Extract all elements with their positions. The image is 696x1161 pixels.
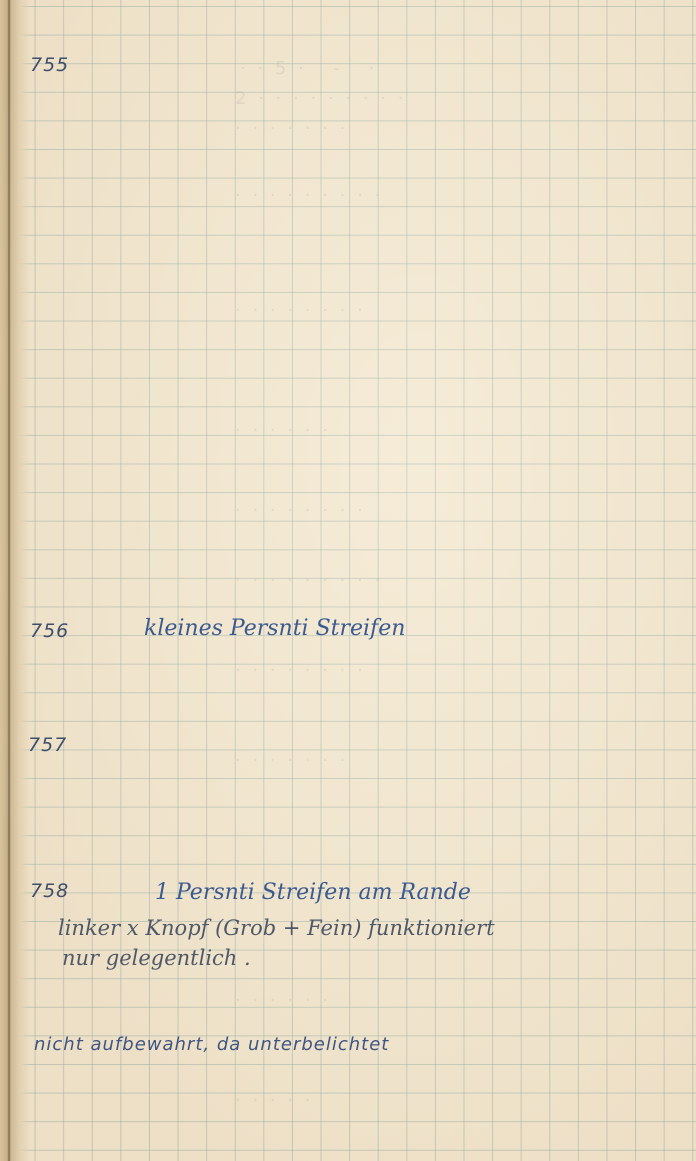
entry-number-758: 758 [30, 880, 69, 902]
entry-number-755: 755 [30, 54, 69, 76]
entry-758-note-line-2: linker x Knopf (Grob + Fein) funktionier… [58, 916, 495, 940]
show-through-text: · · · · · · · · [235, 660, 366, 681]
show-through-text: · · · · · · [235, 990, 331, 1011]
show-through-text: · · · · · · · · · [235, 185, 383, 206]
footer-note: nicht aufbewahrt, da unterbelichtet [34, 1034, 389, 1055]
page-binding-edge [0, 0, 30, 1161]
show-through-text: · · · · · · [235, 420, 331, 441]
show-through-text: · · · · · · · [235, 750, 348, 771]
notebook-page: · · 5 · - · 2 · · · · · · · · · · · · · … [0, 0, 696, 1161]
entry-758-note-line-1: 1 Persnti Streifen am Rande [155, 880, 471, 905]
show-through-text: · · · · · · · · [235, 300, 366, 321]
show-through-text: · · 5 · - · [240, 58, 377, 79]
binding-fold-line [8, 0, 10, 1161]
entry-number-756: 756 [30, 620, 69, 642]
entry-number-757: 757 [28, 734, 67, 756]
show-through-text: 2 · · · · · · · · · [235, 88, 406, 109]
show-through-text: · · · · · [235, 1090, 314, 1111]
show-through-text: · · · · · · · [235, 118, 348, 139]
show-through-text: · · · · · · · · [235, 500, 366, 521]
entry-756-note: kleines Persnti Streifen [144, 616, 405, 641]
entry-758-note-line-3: nur gelegentlich . [62, 946, 251, 970]
show-through-text: · · · · · · · · · [235, 570, 383, 591]
